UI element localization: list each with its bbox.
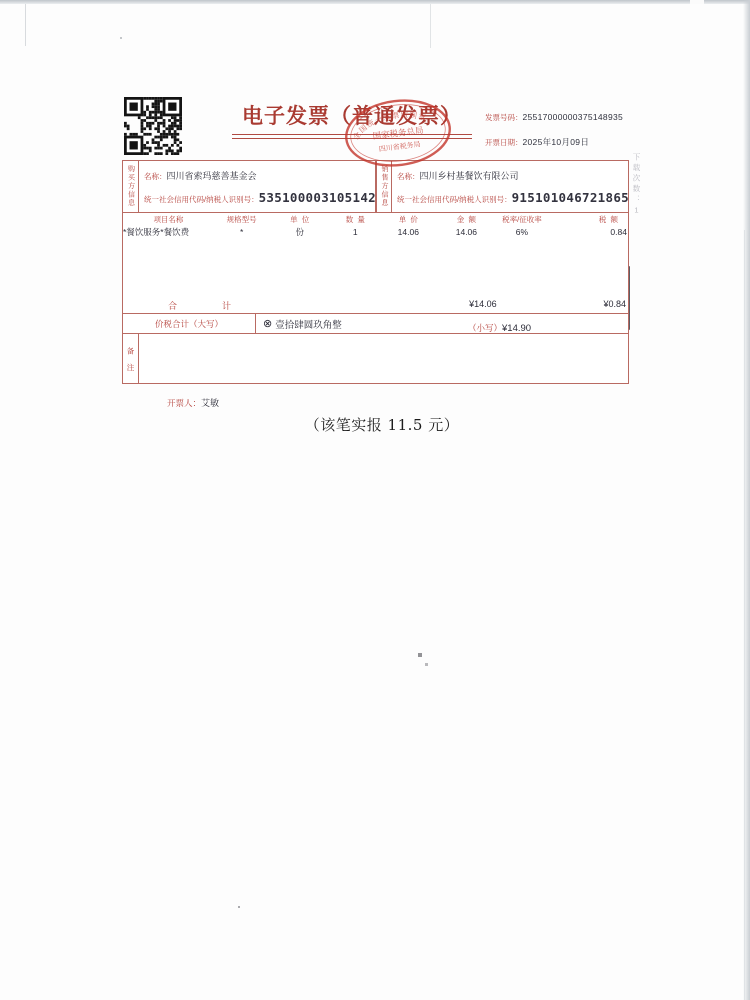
remark-row: 备注 <box>123 333 628 383</box>
total-label: 合 计 <box>168 299 231 312</box>
tax-bureau-seal-icon: 全国统一发票监制章 国家税务总局 四川省税务局 <box>335 85 460 181</box>
grand-total-label: 价税合计（大写） <box>123 314 256 333</box>
buyer-name-label: 名称： <box>144 172 167 181</box>
col-header-tax-rate: 税率/征收率 <box>497 214 548 225</box>
scan-speck <box>238 906 240 908</box>
item-tax: 0.84 <box>547 227 628 237</box>
col-header-spec: 规格型号 <box>214 214 270 225</box>
items-header-row: 项目名称 规格型号 单 位 数 量 单 价 金 额 税率/征收率 税 额 <box>123 213 628 226</box>
scan-line-center <box>430 4 431 48</box>
buyer-taxid-label: 统一社会信用代码/纳税人识别号： <box>144 195 259 204</box>
seal-bottom-text: 四川省税务局 <box>378 139 421 153</box>
remark-content <box>139 334 628 383</box>
scan-speck <box>120 37 122 39</box>
issuer-line: 开票人：艾敏 <box>167 393 629 411</box>
item-name: *餐饮服务*餐饮费 <box>123 226 214 238</box>
invoice: 电子发票（普通发票） 全国统一发票监制章 国家税务总局 四川省税务局 发票号码：… <box>122 90 629 411</box>
buyer-name-value: 四川省索玛慈善基金会 <box>167 171 257 181</box>
grand-total-content: ⊗ 壹拾肆圆玖角整 （小写）¥14.90 <box>256 314 628 333</box>
item-amount: 14.06 <box>436 227 497 237</box>
buyer-section-label: 购买方信息 <box>123 161 139 212</box>
col-header-tax: 税 额 <box>547 214 628 225</box>
reimbursement-annotation: （该笔实报 11.5 元） <box>0 414 750 435</box>
col-header-unit: 单 位 <box>269 214 330 225</box>
item-unit: 份 <box>269 226 330 238</box>
invoice-no-value: 25517000000375148935 <box>523 112 624 122</box>
invoice-header: 电子发票（普通发票） 全国统一发票监制章 国家税务总局 四川省税务局 发票号码：… <box>122 90 629 160</box>
total-tax-value: ¥0.84 <box>603 299 626 309</box>
amount-in-words: 壹拾肆圆玖角整 <box>275 317 342 331</box>
buyer-info: 名称：四川省索玛慈善基金会 统一社会信用代码/纳税人识别号：5351000031… <box>139 161 376 212</box>
seller-taxid-label: 统一社会信用代码/纳税人识别号： <box>397 195 512 204</box>
amount-numeric-value: ¥14.90 <box>502 323 531 334</box>
invoice-date-value: 2025年10月09日 <box>523 137 590 147</box>
paper-edge-line <box>744 230 745 1000</box>
invoice-date-label: 开票日期： <box>485 138 523 147</box>
amount-numeric-label: （小写） <box>468 323 502 333</box>
buyer-taxid-value: 53510000310514269A <box>259 190 376 205</box>
item-qty: 1 <box>330 227 381 237</box>
remark-label: 备注 <box>123 334 139 383</box>
scan-speck <box>425 663 428 666</box>
item-tax-rate: 6% <box>497 227 548 237</box>
item-spec: * <box>214 227 270 237</box>
invoice-table: 购买方信息 名称：四川省索玛慈善基金会 统一社会信用代码/纳税人识别号：5351… <box>122 160 629 384</box>
download-count-note: 下载次数：1 <box>631 153 642 218</box>
seller-taxid-value: 91510104672186549F <box>512 190 628 205</box>
col-header-qty: 数 量 <box>330 214 381 225</box>
invoice-no-label: 发票号码： <box>485 113 523 122</box>
total-row: 合 计 ¥14.06 ¥0.84 <box>123 296 628 313</box>
invoice-meta: 发票号码：25517000000375148935 开票日期：2025年10月0… <box>485 107 635 157</box>
seller-name-value: 四川乡村基餐饮有限公司 <box>420 171 519 181</box>
scan-speck <box>418 653 422 657</box>
item-row: *餐饮服务*餐饮费 * 份 1 14.06 14.06 6% 0.84 <box>123 226 628 238</box>
seal-middle-text: 国家税务总局 <box>372 125 424 141</box>
scan-edge-gap <box>690 0 704 4</box>
col-header-item-name: 项目名称 <box>123 214 214 225</box>
item-unit-price: 14.06 <box>381 227 437 237</box>
circled-cross-icon: ⊗ <box>263 317 272 330</box>
total-amount-value: ¥14.06 <box>436 299 497 309</box>
issuer-label: 开票人： <box>167 398 201 408</box>
items-empty-space <box>123 238 628 296</box>
qr-code-icon <box>124 96 182 156</box>
col-header-amount: 金 额 <box>436 214 497 225</box>
col-header-unit-price: 单 价 <box>381 214 437 225</box>
issuer-name: 艾敏 <box>201 398 219 408</box>
scan-edge-top <box>0 0 750 4</box>
grand-total-row: 价税合计（大写） ⊗ 壹拾肆圆玖角整 （小写）¥14.90 <box>123 313 628 333</box>
scan-line-left <box>25 4 26 46</box>
